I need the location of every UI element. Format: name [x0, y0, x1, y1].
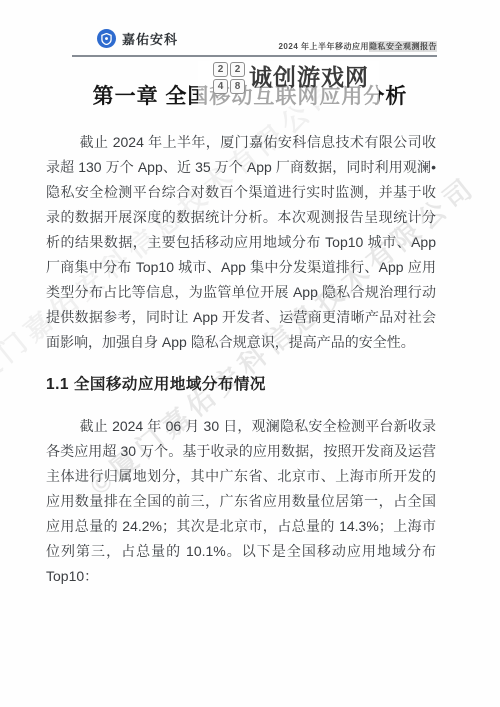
header-divider	[72, 55, 437, 57]
brand-name: 嘉佑安科	[122, 29, 178, 48]
running-header-title: 2024 年上半年移动应用隐私安全观测报告	[278, 41, 437, 52]
site-watermark-name: 诚创游戏网	[249, 59, 369, 92]
tile-2: 2	[213, 62, 228, 77]
paragraph-text: 截止 2024 年上半年，厦门嘉佑安科信息技术有限公司收录超 130 万个 Ap…	[46, 130, 436, 355]
tile-2: 2	[230, 62, 245, 77]
paragraph-region-distribution: 截止 2024 年 06 月 30 日，观澜隐私安全检测平台新收录各类应用超 3…	[46, 414, 436, 589]
tile-8: 8	[230, 79, 245, 94]
shield-logo-icon	[97, 29, 116, 48]
tile-4: 4	[213, 79, 228, 94]
brand-logo: 嘉佑安科	[97, 29, 178, 48]
paragraph-text: 截止 2024 年 06 月 30 日，观澜隐私安全检测平台新收录各类应用超 3…	[46, 414, 436, 589]
report-page: ©厦门嘉佑安科信息技术有限公司 ©厦门嘉佑安科信息技术有限公司 嘉佑安科 202…	[0, 0, 500, 707]
game-2048-tiles-icon: 2 2 4 8	[213, 62, 245, 94]
section-heading-1-1: 1.1 全国移动应用地域分布情况	[46, 372, 266, 394]
running-header-highlight: 隐私安全观测报告	[369, 41, 437, 52]
paragraph-overview: 截止 2024 年上半年，厦门嘉佑安科信息技术有限公司收录超 130 万个 Ap…	[46, 130, 436, 355]
running-header-prefix: 2024 年上半年移动应用	[278, 42, 369, 51]
